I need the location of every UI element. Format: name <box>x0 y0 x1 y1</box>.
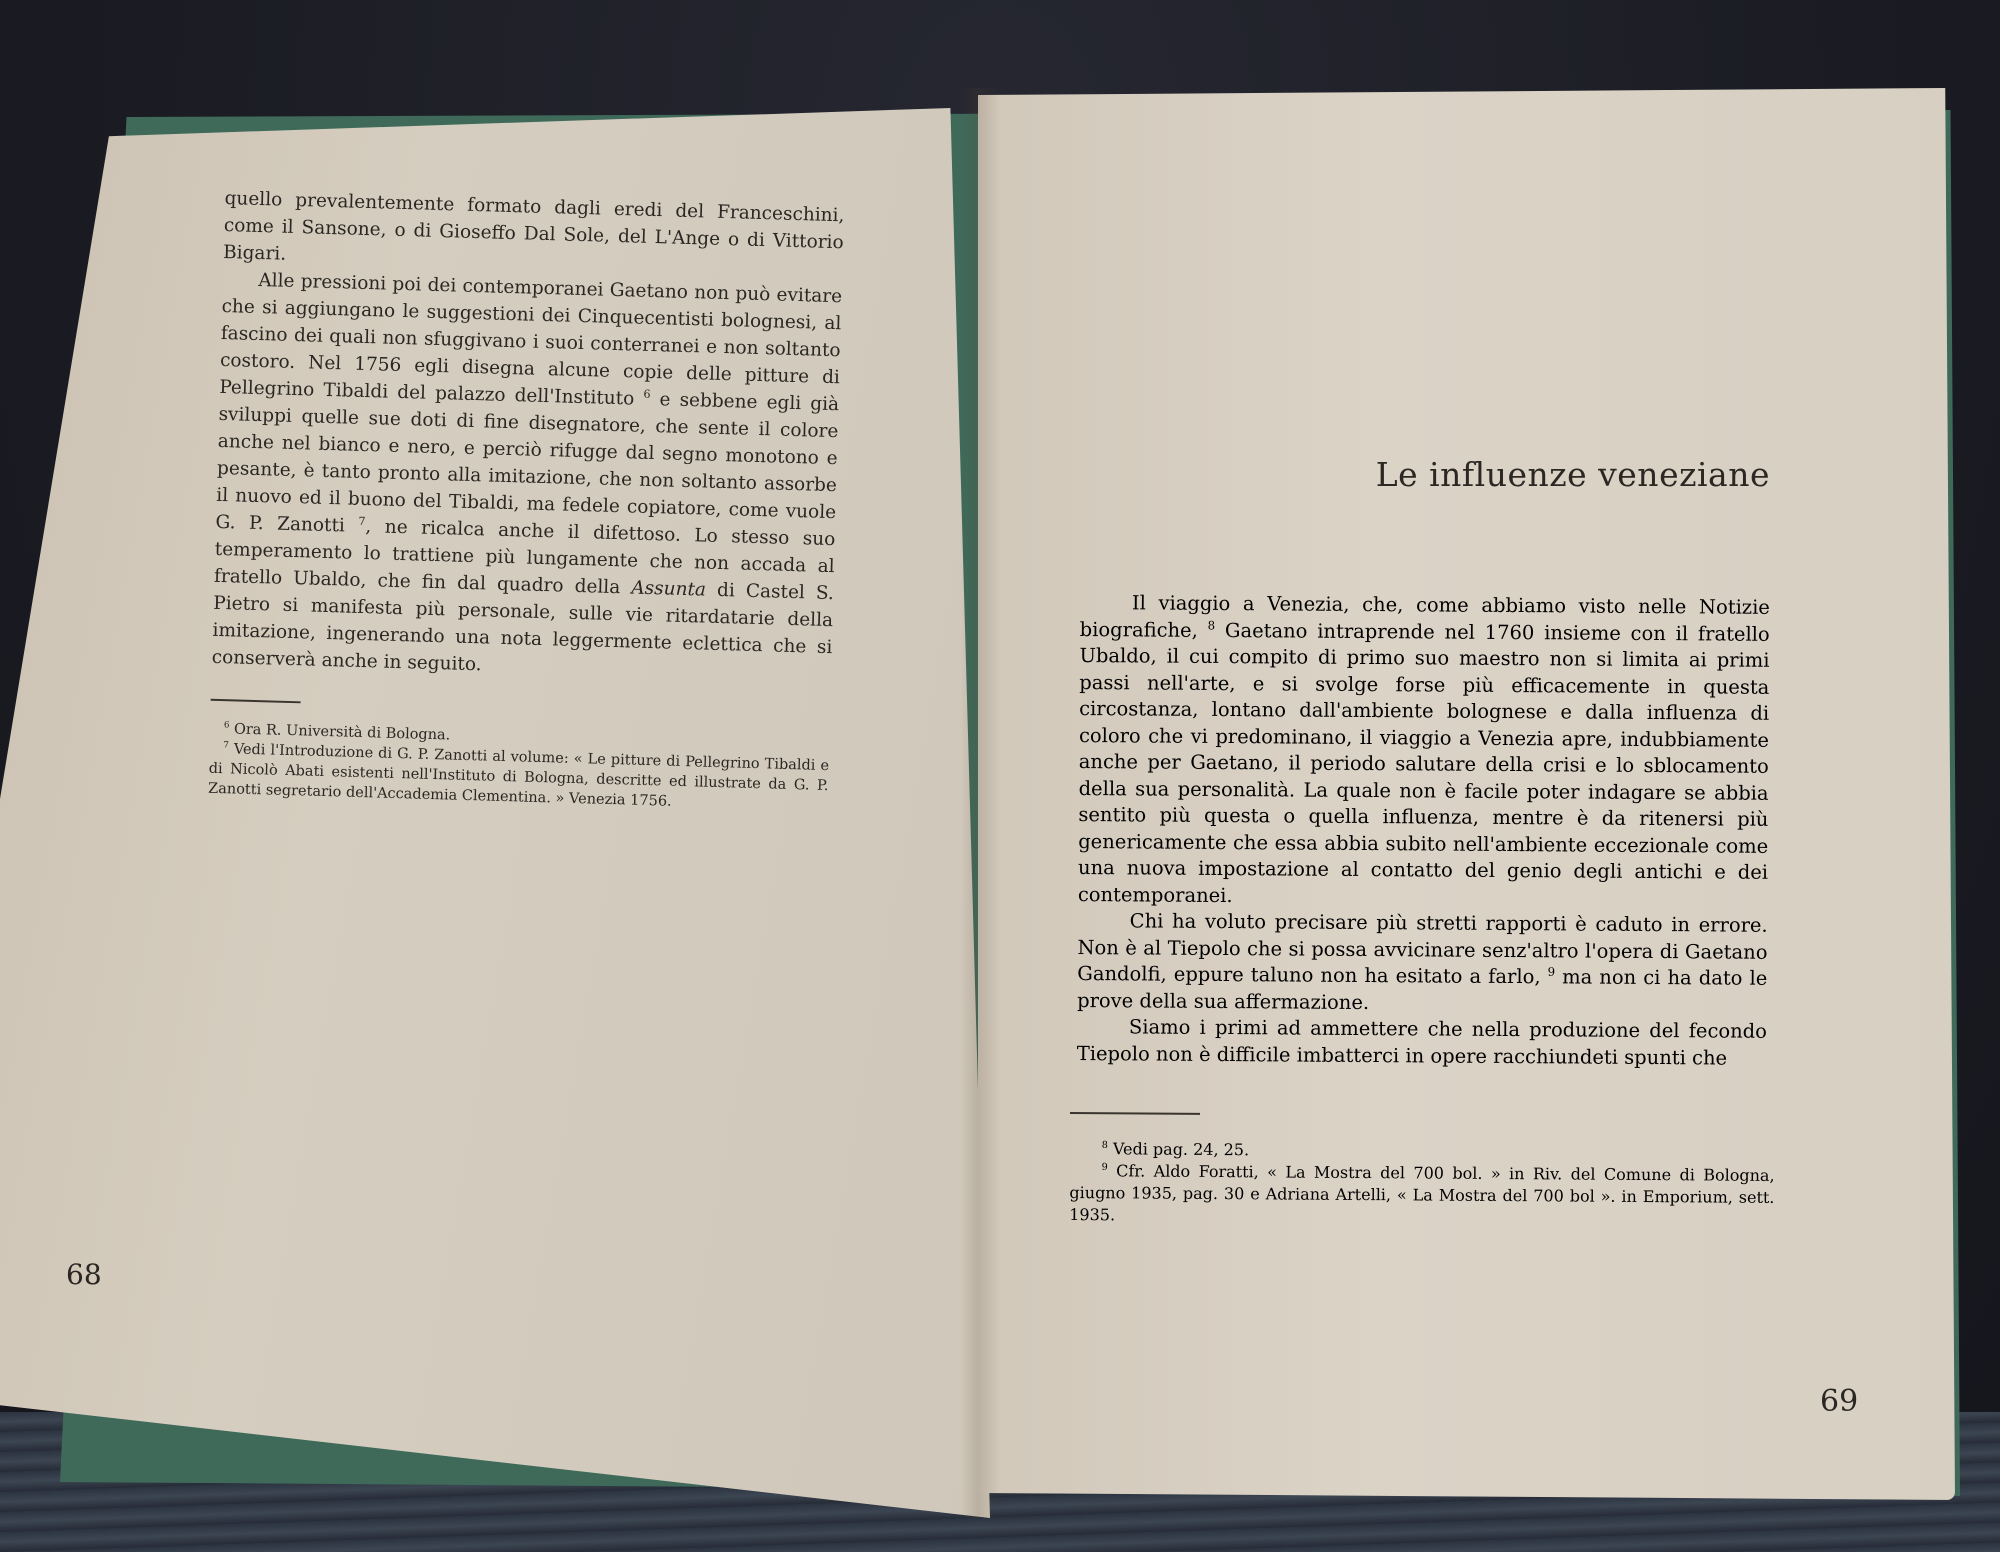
page-number-left: 68 <box>66 1258 102 1291</box>
chapter-title: Le influenze veneziane <box>1300 455 1770 494</box>
right-footnotes: 8 Vedi pag. 24, 25. 9 Cfr. Aldo Foratti,… <box>1069 1112 1775 1230</box>
italic-title-assunta: Assunta <box>631 578 706 601</box>
right-page-body: Il viaggio a Venezia, che, come abbiamo … <box>1077 590 1770 1072</box>
book-gutter <box>960 88 1000 1518</box>
left-page-body: quello prevalentemente formato dagli ere… <box>208 185 845 816</box>
right-paragraph-2: Chi ha voluto precisare più stretti rapp… <box>1077 908 1768 1019</box>
footnote-divider <box>1070 1112 1200 1114</box>
right-paragraph-3: Siamo i primi ad ammettere che nella pro… <box>1077 1014 1767 1072</box>
footnote-divider <box>211 699 301 703</box>
left-paragraph-2: Alle pressioni poi dei contemporanei Gae… <box>211 266 842 688</box>
footnote-9: 9 Cfr. Aldo Foratti, « La Mostra del 700… <box>1069 1159 1774 1230</box>
right-paragraph-1: Il viaggio a Venezia, che, come abbiamo … <box>1078 590 1770 913</box>
footnote-ref-9[interactable]: 9 <box>1548 965 1556 979</box>
page-number-right: 69 <box>1820 1384 1858 1419</box>
